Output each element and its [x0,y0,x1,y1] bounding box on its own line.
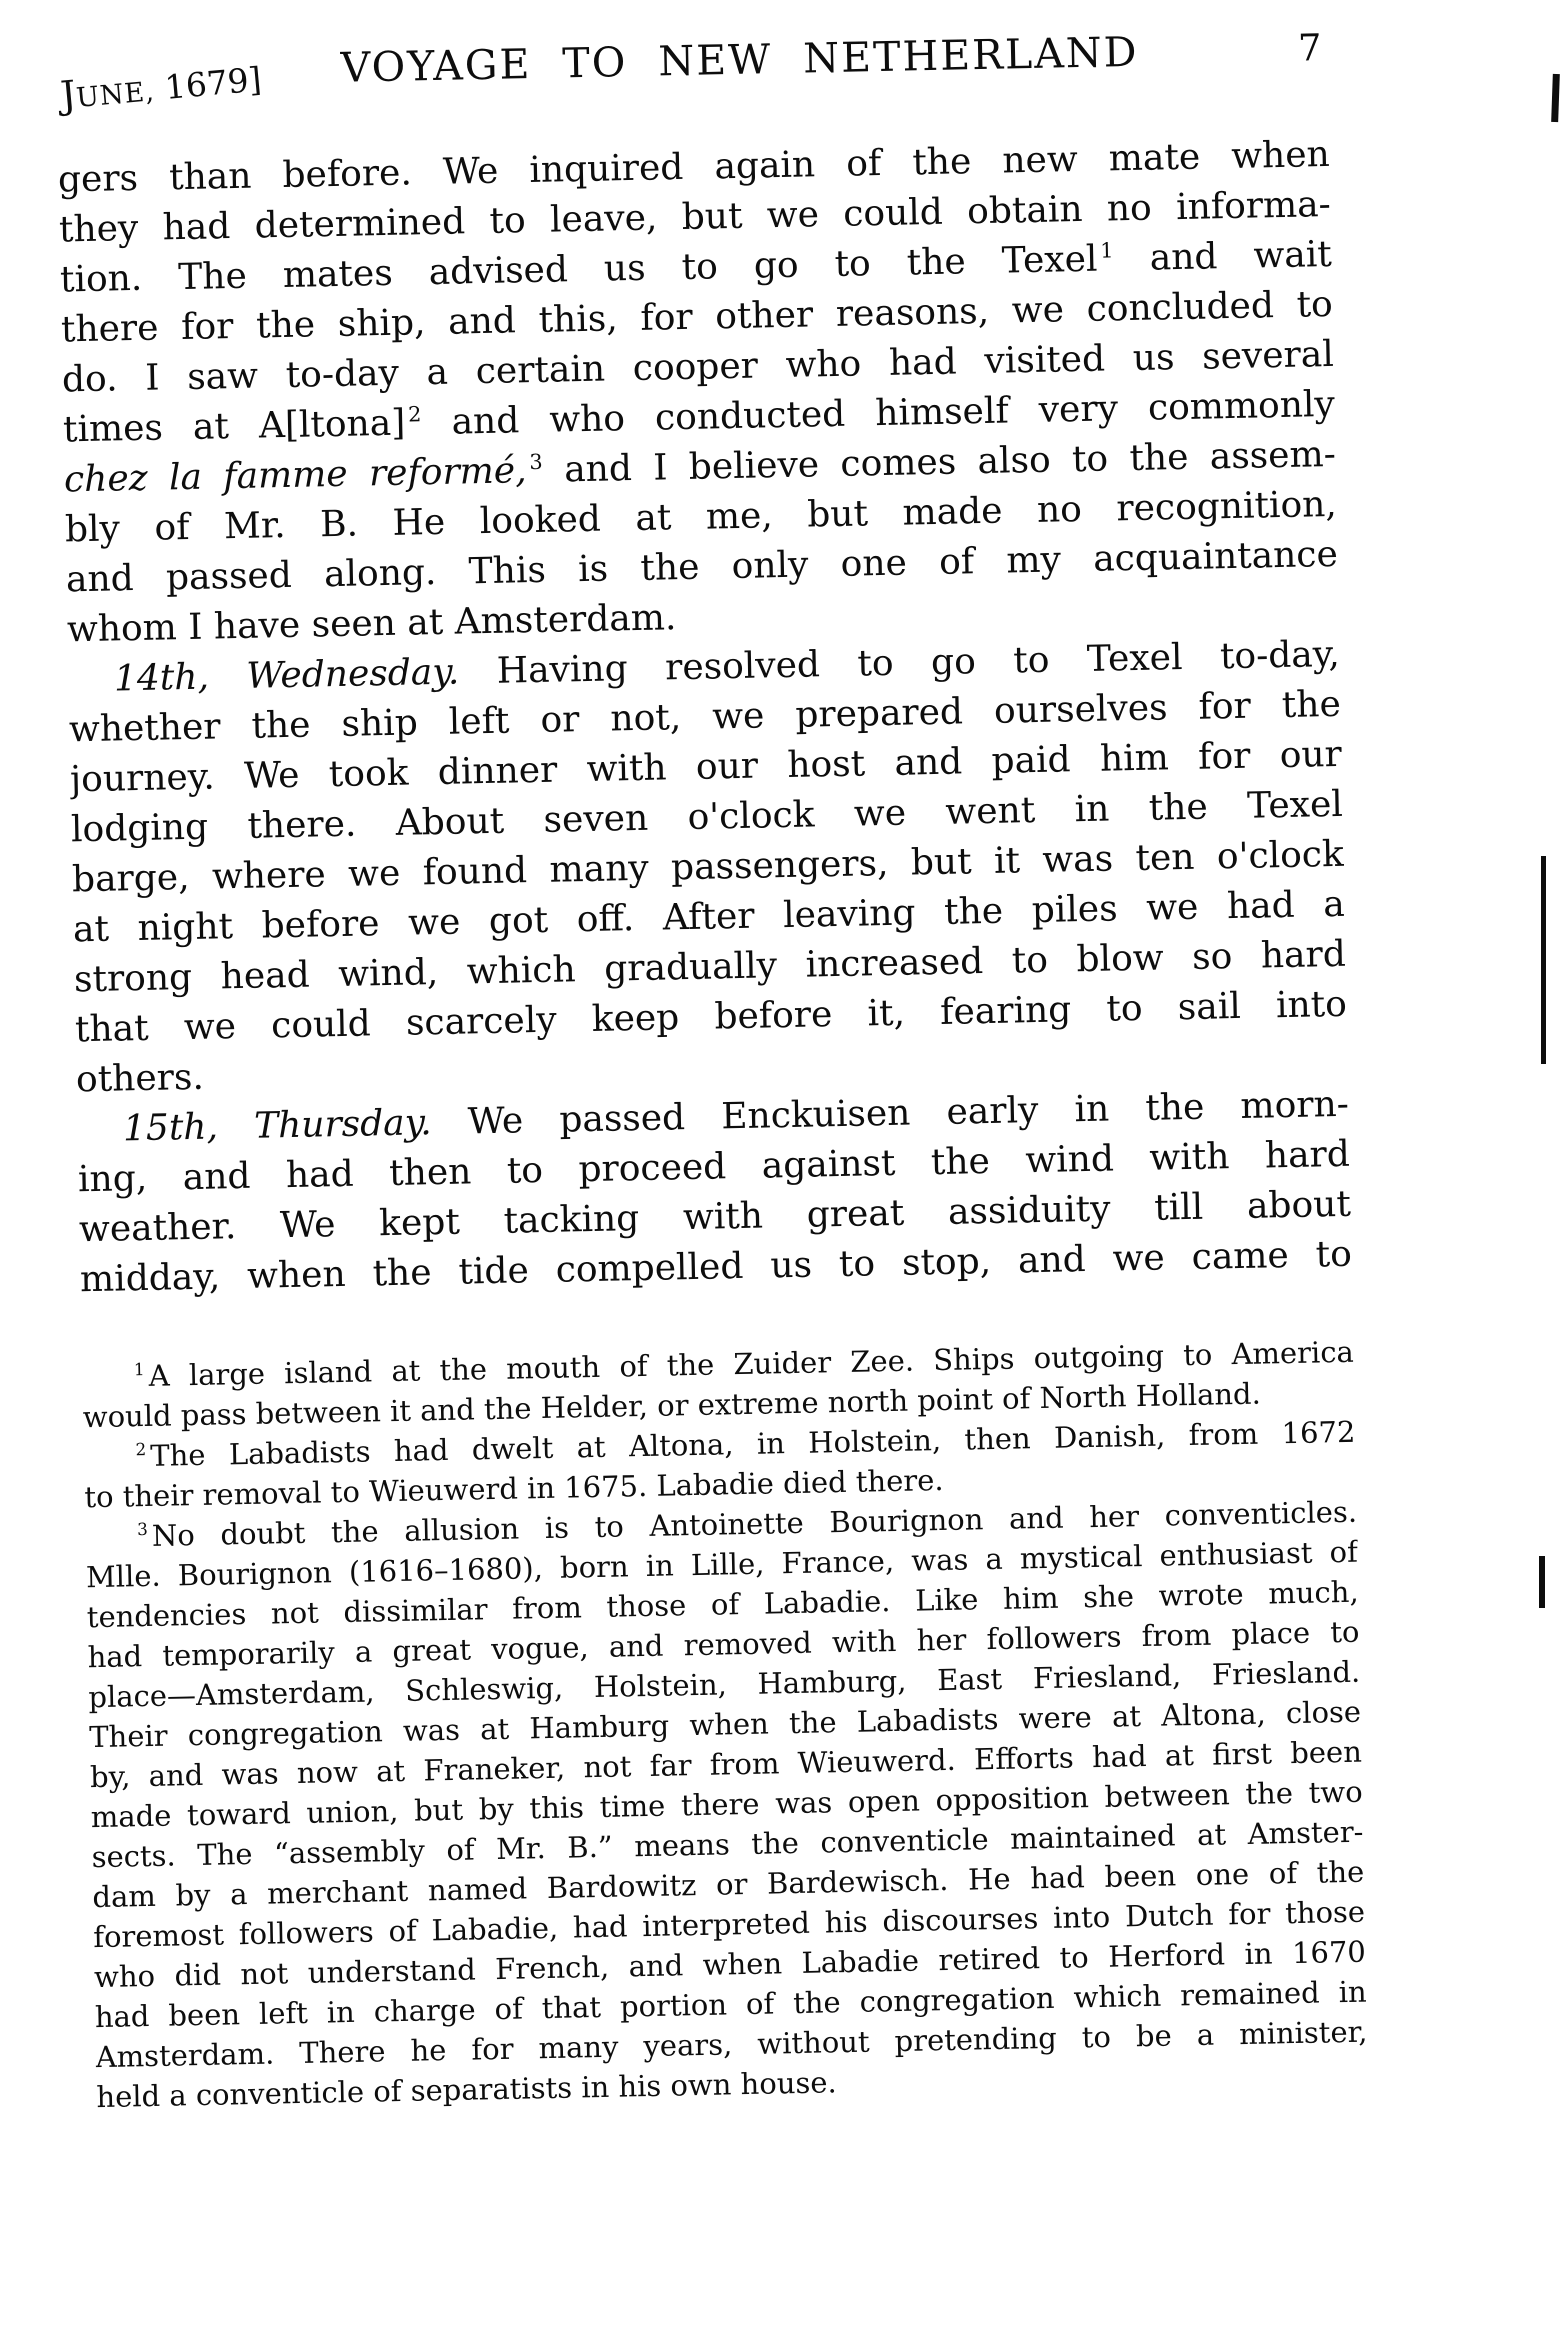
page-header: JUNE, 1679] VOYAGE TO NEW NETHERLAND 7 [55,18,1328,130]
book-page: JUNE, 1679] VOYAGE TO NEW NETHERLAND 7 g… [0,0,1563,2343]
paragraph: 14th, Wednesday. Having resolved to go t… [68,630,1349,1105]
scan-artifact [1541,856,1546,1064]
paragraph: 3No doubt the allusion is to Antoinette … [85,1492,1369,2117]
running-title: VOYAGE TO NEW NETHERLAND [340,28,1139,92]
date-smallcaps: UNE, [75,76,156,114]
paragraph: 15th, Thursday. We passed Enckuisen earl… [77,1080,1353,1305]
date-rest: 1679] [153,59,263,107]
paragraph: gers than before. We inquired again of t… [58,130,1340,655]
page-number: 7 [1298,26,1322,69]
running-head-date: JUNE, 1679] [59,56,263,118]
scan-artifact [1539,1556,1545,1608]
footnotes: 1A large island at the mouth of the Zuid… [82,1332,1369,2117]
page-content: JUNE, 1679] VOYAGE TO NEW NETHERLAND 7 g… [55,18,1368,2117]
body-text: gers than before. We inquired again of t… [58,130,1353,1305]
scan-artifact [1551,74,1560,122]
